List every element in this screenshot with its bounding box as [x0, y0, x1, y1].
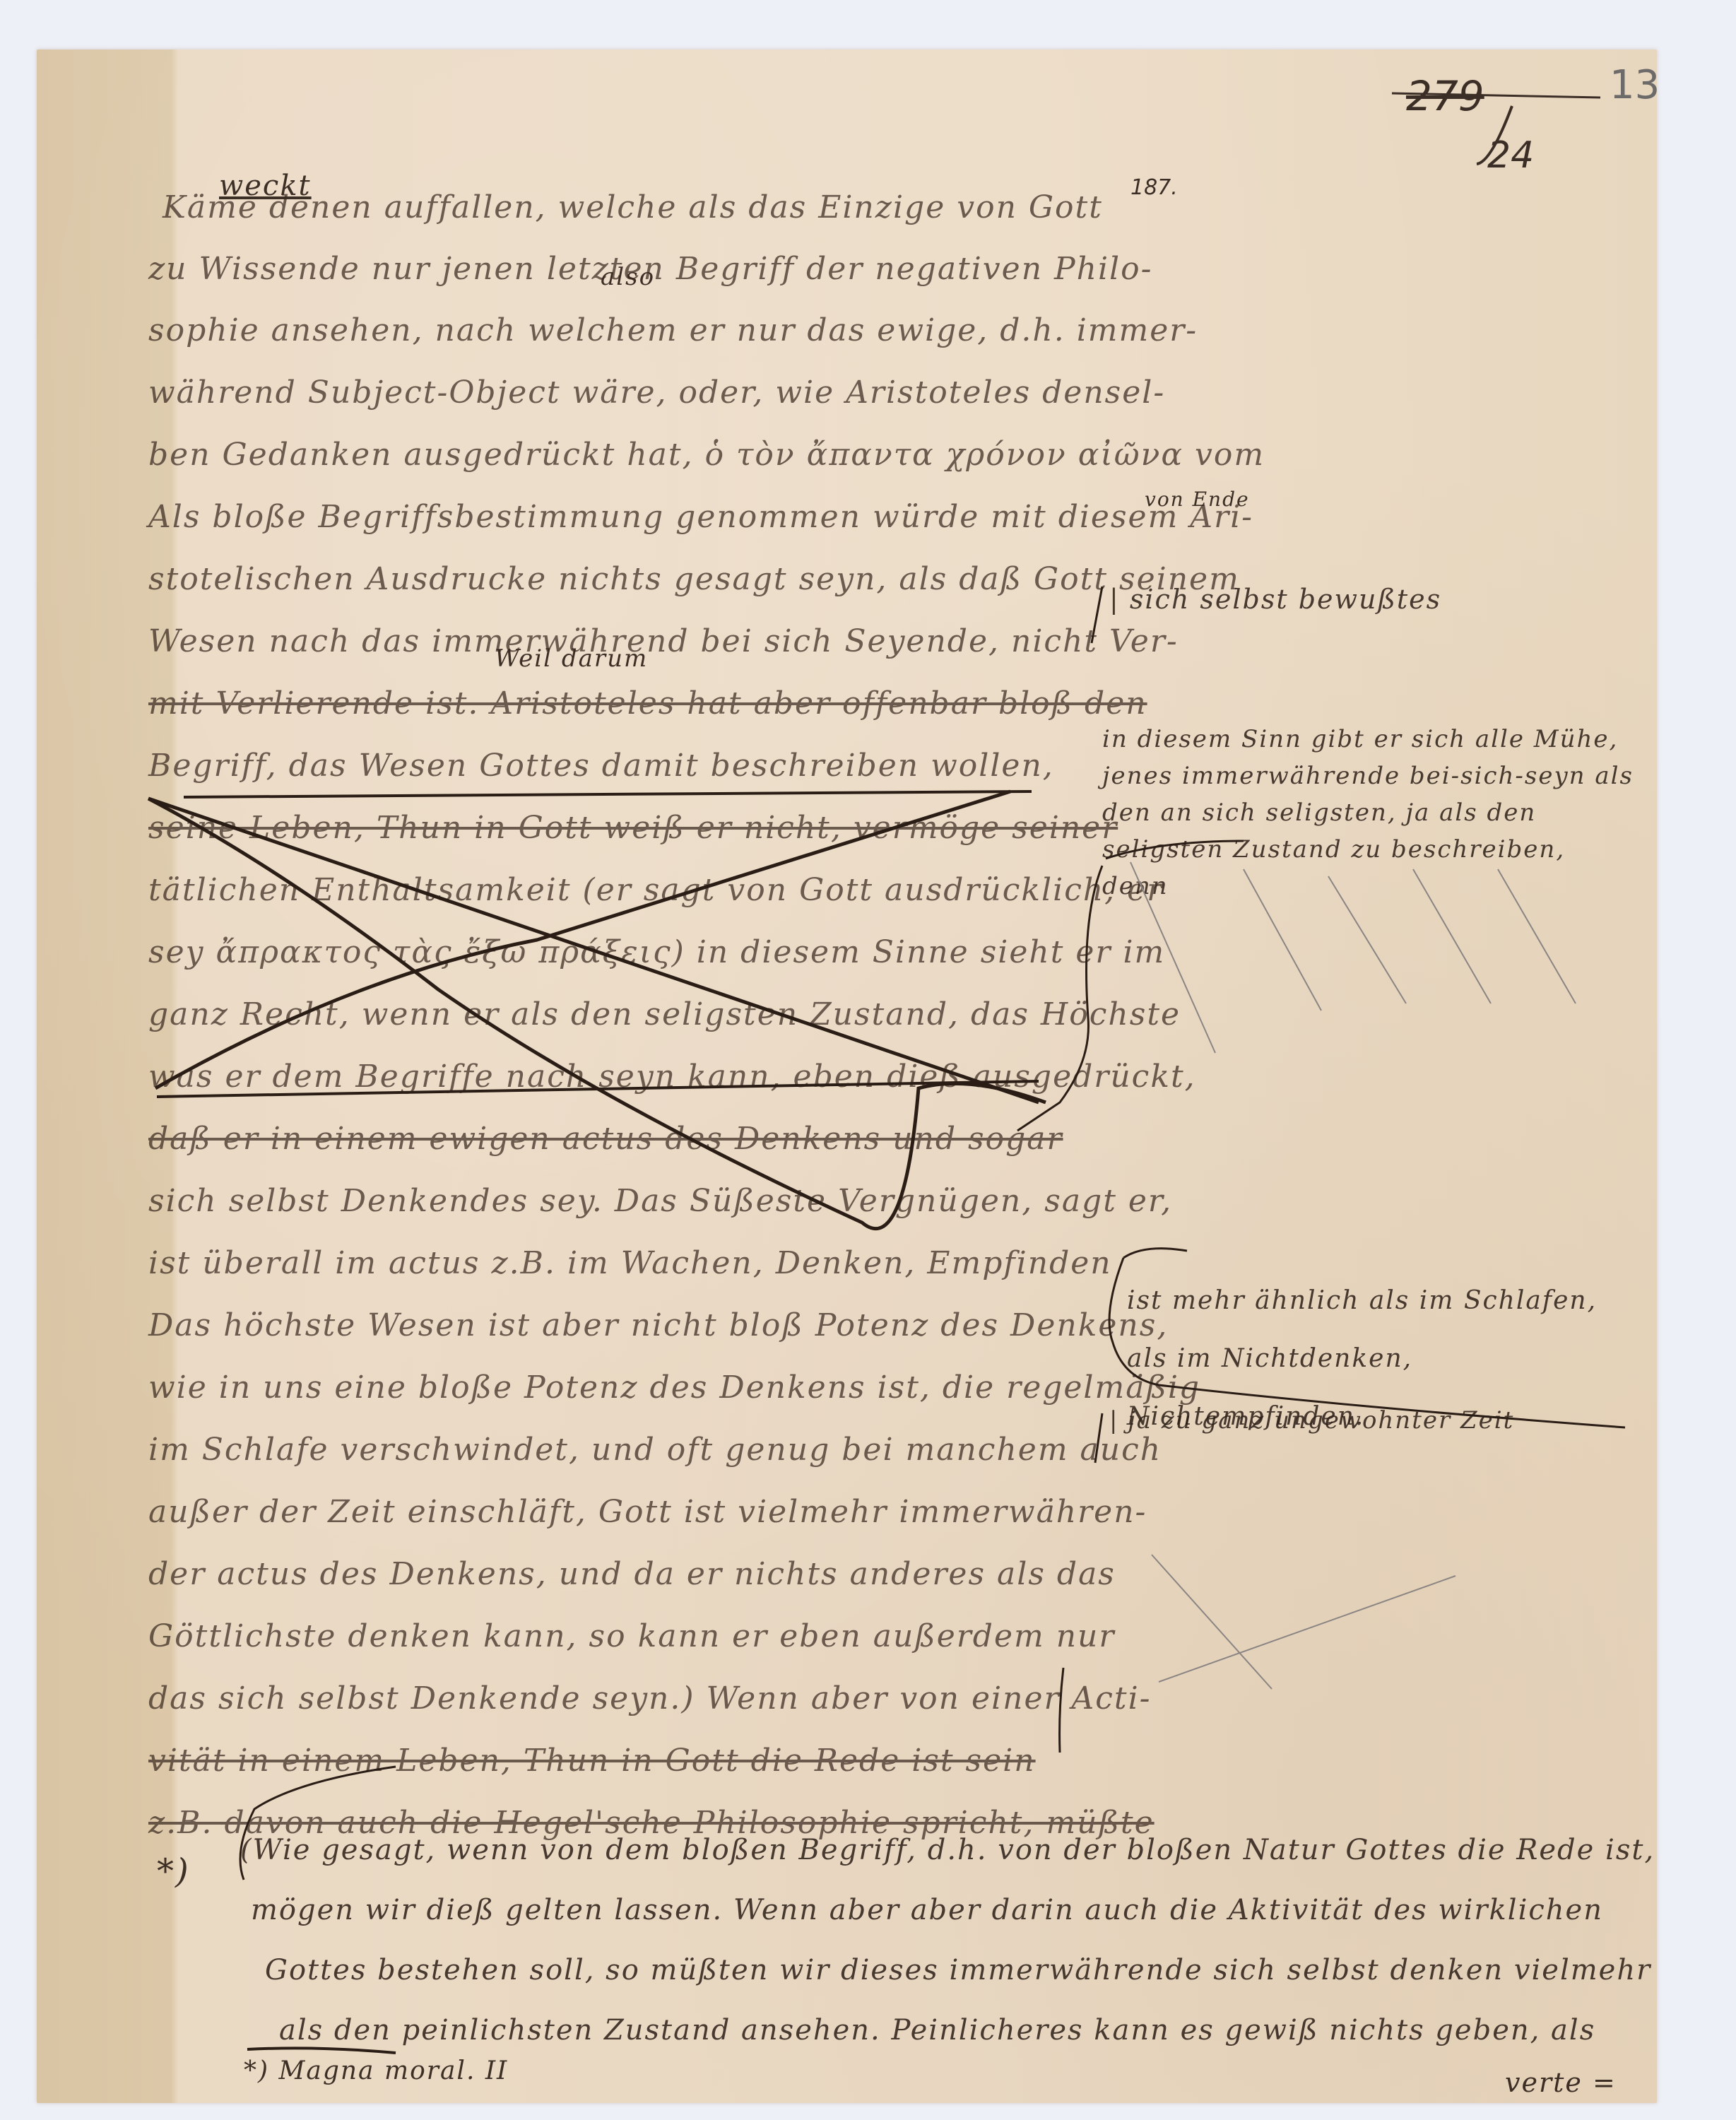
text-line: ben Gedanken ausgedrückt hat, ὁ τὸν ἄπαν… [148, 437, 1265, 473]
text-line: Das höchste Wesen ist aber nicht bloß Po… [148, 1307, 1168, 1343]
text-line: Käme denen auffallen, welche als das Ein… [163, 189, 1103, 225]
text-line: das sich selbst Denkende seyn.) Wenn abe… [148, 1680, 1152, 1716]
verte-mark: verte = [1505, 2067, 1617, 2098]
footnote-line: (Wie gesagt, wenn von dem bloßen Begriff… [240, 1834, 1655, 1866]
text-line: Wesen nach das immerwährend bei sich Sey… [148, 623, 1179, 659]
text-line: was er dem Begriffe nach seyn kann, eben… [148, 1059, 1196, 1095]
text-line: im Schlafe verschwindet, und oft genug b… [148, 1432, 1162, 1468]
footnote-marker: *) [157, 1851, 190, 1891]
page-number: 187. [1130, 175, 1178, 200]
text-line: zu Wissende nur jenen letzten Begriff de… [148, 251, 1152, 287]
text-line: daß er in einem ewigen actus des Denkens… [148, 1121, 1063, 1157]
text-line: Begriff, das Wesen Gottes damit beschrei… [148, 748, 1054, 784]
text-line: sophie ansehen, nach welchem er nur das … [148, 312, 1198, 348]
text-line: stotelischen Ausdrucke nichts gesagt sey… [148, 561, 1240, 597]
text-line: wie in uns eine bloße Potenz des Denkens… [148, 1370, 1200, 1406]
footnote-reference: *) Magna moral. II [244, 2056, 508, 2085]
text-line: während Subject-Object wäre, oder, wie A… [148, 375, 1165, 411]
folio-new-number: 24 [1487, 134, 1534, 177]
text-line: mit Verlierende ist. Aristoteles hat abe… [148, 685, 1147, 722]
text-line: sey ἄπρακτος τὰς ἔξω πράξεις) in diesem … [148, 934, 1165, 970]
footnote-line: Gottes bestehen soll, so müßten wir dies… [265, 1954, 1651, 1986]
text-line: tätlichen Enthaltsamkeit (er sagt von Go… [148, 872, 1163, 908]
folio-old-number: 279 [1406, 72, 1484, 120]
margin-note-in-diesem-sinn: in diesem Sinn gibt er sich alle Mühe, j… [1102, 721, 1639, 905]
folio-pencil-number: 13 [1610, 62, 1660, 108]
text-line: Göttlichste denken kann, so kann er eben… [148, 1618, 1115, 1654]
margin-note-ja-zu-ganz: | ja zu ganz ungewohnter Zeit [1109, 1406, 1514, 1435]
text-line: außer der Zeit einschläft, Gott ist viel… [148, 1494, 1147, 1530]
text-line: vität in einem Leben, Thun in Gott die R… [148, 1743, 1036, 1779]
text-line: seine Leben, Thun in Gott weiß er nicht,… [148, 810, 1118, 846]
text-line: der actus des Denkens, und da er nichts … [148, 1556, 1116, 1592]
footnote-line: mögen wir dieß gelten lassen. Wenn aber … [251, 1894, 1603, 1926]
margin-note-sich-selbst: | sich selbst bewußtes [1109, 584, 1441, 615]
text-line: ganz Recht, wenn er als den seligsten Zu… [148, 996, 1181, 1032]
text-line: ist überall im actus z.B. im Wachen, Den… [148, 1245, 1112, 1281]
footnote-line: als den peinlichsten Zustand ansehen. Pe… [279, 2014, 1595, 2047]
text-line: Als bloße Begriffsbestimmung genommen wü… [148, 499, 1253, 535]
text-line: sich selbst Denkendes sey. Das Süßeste V… [148, 1183, 1172, 1219]
